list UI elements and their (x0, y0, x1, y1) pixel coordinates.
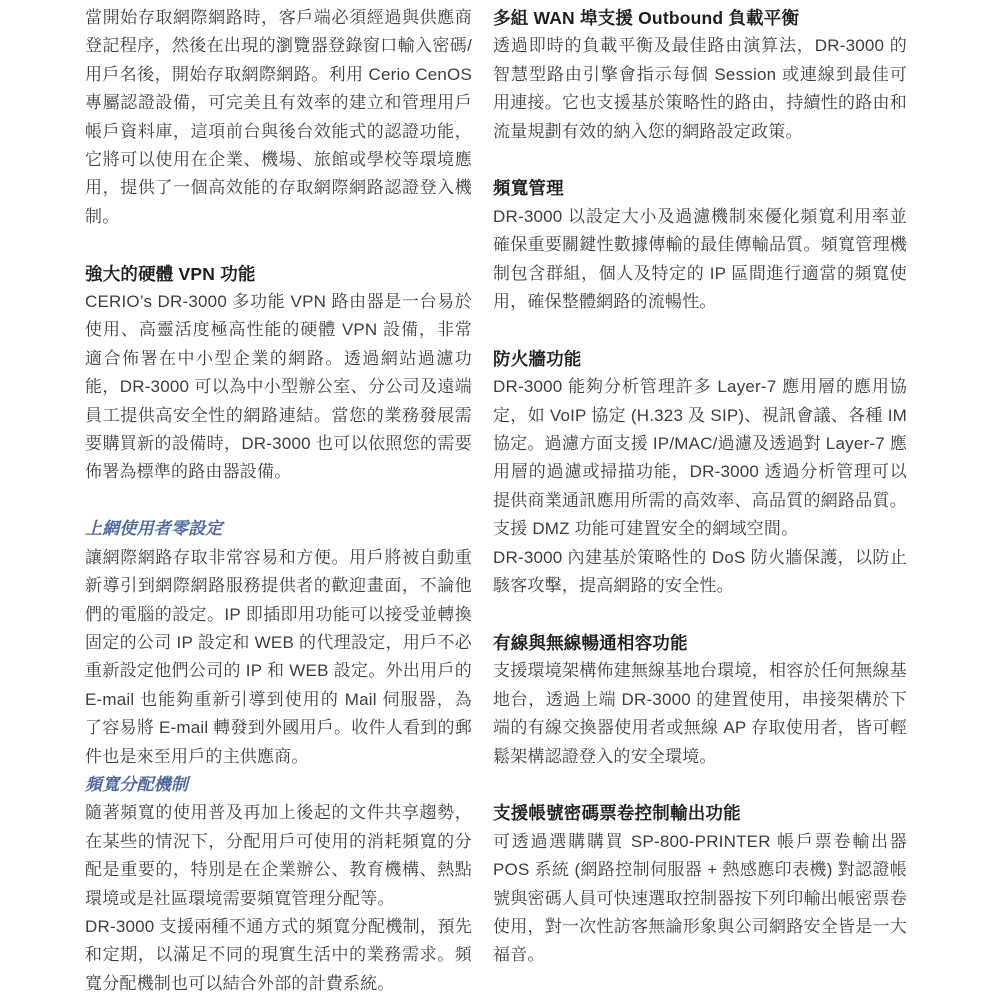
paragraph-hardware-vpn: CERIO’s DR-3000 多功能 VPN 路由器是一台易於使用、高靈活度極… (85, 288, 472, 487)
paragraph-wan-load-balance: 透過即時的負載平衡及最佳路由演算法，DR-3000 的智慧型路由引擎會指示每個 … (493, 32, 907, 146)
subheading-bandwidth-allocation: 頻寬分配機制 (85, 771, 472, 799)
section-heading-firewall: 防火牆功能 (493, 345, 907, 373)
paragraph-authentication-intro: 當開始存取網際網路時，客戶端必須經過與供應商登記程序，然後在出現的瀏覽器登錄窗口… (85, 4, 472, 231)
paragraph-firewall-2: DR-3000 內建基於策略性的 DoS 防火牆保護，以防止駭客攻擊，提高網路的… (493, 544, 907, 601)
paragraph-wired-wireless-compat: 支援環境架構佈建無線基地台環境，相容於任何無線基地台，透過上端 DR-3000 … (493, 657, 907, 771)
document-page: 當開始存取網際網路時，客戶端必須經過與供應商登記程序，然後在出現的瀏覽器登錄窗口… (0, 0, 1000, 1000)
paragraph-firewall-1: DR-3000 能夠分析管理許多 Layer-7 應用層的應用協定，如 VoIP… (493, 373, 907, 543)
section-heading-hardware-vpn: 強大的硬體 VPN 功能 (85, 260, 472, 288)
section-heading-ticket-output: 支援帳號密碼票卷控制輸出功能 (493, 799, 907, 827)
left-column: 當開始存取網際網路時，客戶端必須經過與供應商登記程序，然後在出現的瀏覽器登錄窗口… (85, 4, 472, 998)
paragraph-bandwidth-allocation-2: DR-3000 支援兩種不通方式的頻寬分配機制，預先和定期，以滿足不同的現實生活… (85, 913, 472, 998)
right-column: 多組 WAN 埠支援 Outbound 負載平衡 透過即時的負載平衡及最佳路由演… (493, 4, 907, 970)
paragraph-ticket-output: 可透過選購購買 SP-800-PRINTER 帳戶票卷輸出器 POS 系統 (網… (493, 828, 907, 970)
paragraph-bandwidth-management: DR-3000 以設定大小及過濾機制來優化頻寬利用率並確保重要關鍵性數據傳輸的最… (493, 203, 907, 317)
subheading-zero-configuration: 上網使用者零設定 (85, 515, 472, 543)
section-heading-wan-load-balance: 多組 WAN 埠支援 Outbound 負載平衡 (493, 4, 907, 32)
paragraph-bandwidth-allocation-1: 隨著頻寬的使用普及再加上後起的文件共享趨勢，在某些的情況下，分配用戶可使用的消耗… (85, 799, 472, 913)
paragraph-zero-configuration: 讓網際網路存取非常容易和方便。用戶將被自動重新導引到網際網路服務提供者的歡迎畫面… (85, 544, 472, 771)
section-heading-wired-wireless-compat: 有線與無線暢通相容功能 (493, 629, 907, 657)
section-heading-bandwidth-management: 頻寬管理 (493, 174, 907, 202)
